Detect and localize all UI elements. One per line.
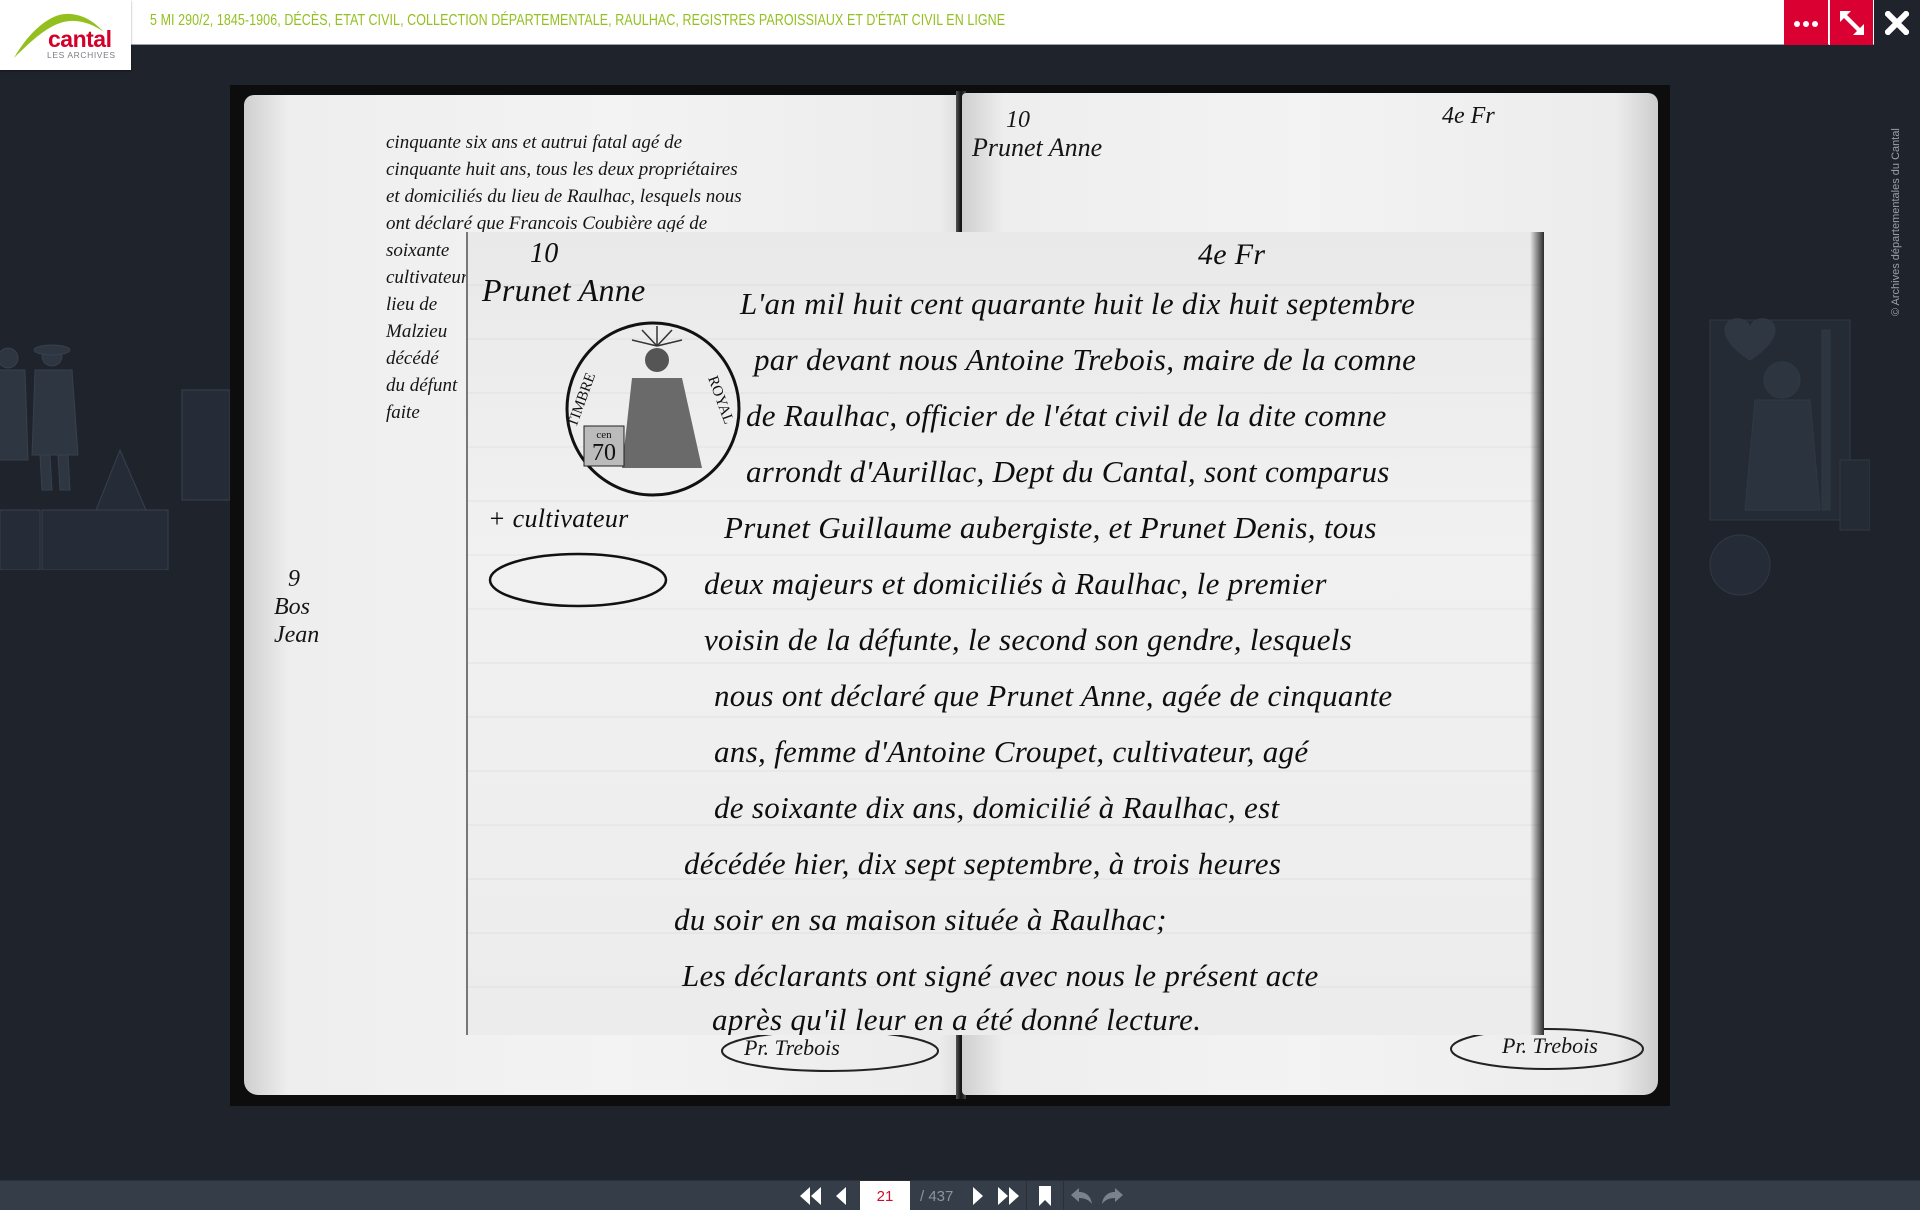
previous-page-button[interactable] <box>826 1181 856 1210</box>
double-chevron-left-icon <box>799 1187 823 1205</box>
page-navigation-bar: / 437 <box>0 1180 1920 1210</box>
inset-entry-number: 10 <box>530 238 559 270</box>
next-page-button[interactable] <box>963 1181 993 1210</box>
current-page-input[interactable] <box>860 1181 910 1210</box>
ellipsis-icon <box>1793 14 1820 32</box>
inset-margin-name: Prunet Anne <box>482 272 646 309</box>
right-folio: 4e Fr <box>1442 103 1495 130</box>
inset-folio: 4e Fr <box>1198 238 1265 272</box>
fullscreen-button[interactable] <box>1829 0 1873 45</box>
last-page-button[interactable] <box>993 1181 1023 1210</box>
right-entry-number: 10 <box>1006 107 1030 134</box>
chevron-left-icon <box>834 1187 848 1205</box>
left-margin-entry: 9 Bos Jean <box>274 565 319 649</box>
total-pages: / 437 <box>920 1188 953 1205</box>
background-illustration-left <box>0 330 230 570</box>
inset-margin-note: + cultivateur <box>488 504 629 534</box>
double-chevron-right-icon <box>996 1187 1020 1205</box>
logo-subtitle: LES ARCHIVES <box>47 50 116 60</box>
paraph-flourish-icon <box>478 542 678 622</box>
bookmark-button[interactable] <box>1030 1181 1060 1210</box>
right-entry-name: Prunet Anne <box>972 133 1102 163</box>
copyright-notice: © Archives départementales du Cantal <box>1890 128 1902 316</box>
more-options-button[interactable] <box>1784 0 1828 45</box>
svg-text:70: 70 <box>592 440 616 466</box>
background-illustration-right <box>1670 300 1870 600</box>
redo-button[interactable] <box>1097 1181 1127 1210</box>
svg-text:cen: cen <box>596 429 612 441</box>
expand-arrows-icon <box>1839 10 1865 36</box>
undo-arrow-icon <box>1070 1187 1094 1205</box>
archive-viewer: 5 MI 290/2, 1845-1906, DÉCÈS, ETAT CIVIL… <box>0 0 1920 1210</box>
bookmark-icon <box>1038 1186 1052 1206</box>
header-bar: 5 MI 290/2, 1845-1906, DÉCÈS, ETAT CIVIL… <box>0 0 1920 45</box>
zoomed-inset[interactable]: 10 Prunet Anne 4e Fr 70 cen TIMBRE ROYAL… <box>468 232 1544 1035</box>
svg-text:TIMBRE: TIMBRE <box>565 371 599 430</box>
close-icon <box>1885 11 1909 35</box>
timbre-royal-stamp-icon: 70 cen TIMBRE ROYAL <box>562 318 744 500</box>
logo-wordmark: cantal <box>48 26 111 53</box>
cantal-archives-logo[interactable]: cantal LES ARCHIVES <box>0 0 131 70</box>
first-page-button[interactable] <box>796 1181 826 1210</box>
undo-button[interactable] <box>1067 1181 1097 1210</box>
svg-text:ROYAL: ROYAL <box>704 374 736 426</box>
document-image[interactable]: cinquante six ans et autrui fatal agé de… <box>230 85 1670 1106</box>
chevron-right-icon <box>971 1187 985 1205</box>
redo-arrow-icon <box>1100 1187 1124 1205</box>
document-title: 5 MI 290/2, 1845-1906, DÉCÈS, ETAT CIVIL… <box>150 12 1005 30</box>
close-button[interactable] <box>1874 0 1920 45</box>
